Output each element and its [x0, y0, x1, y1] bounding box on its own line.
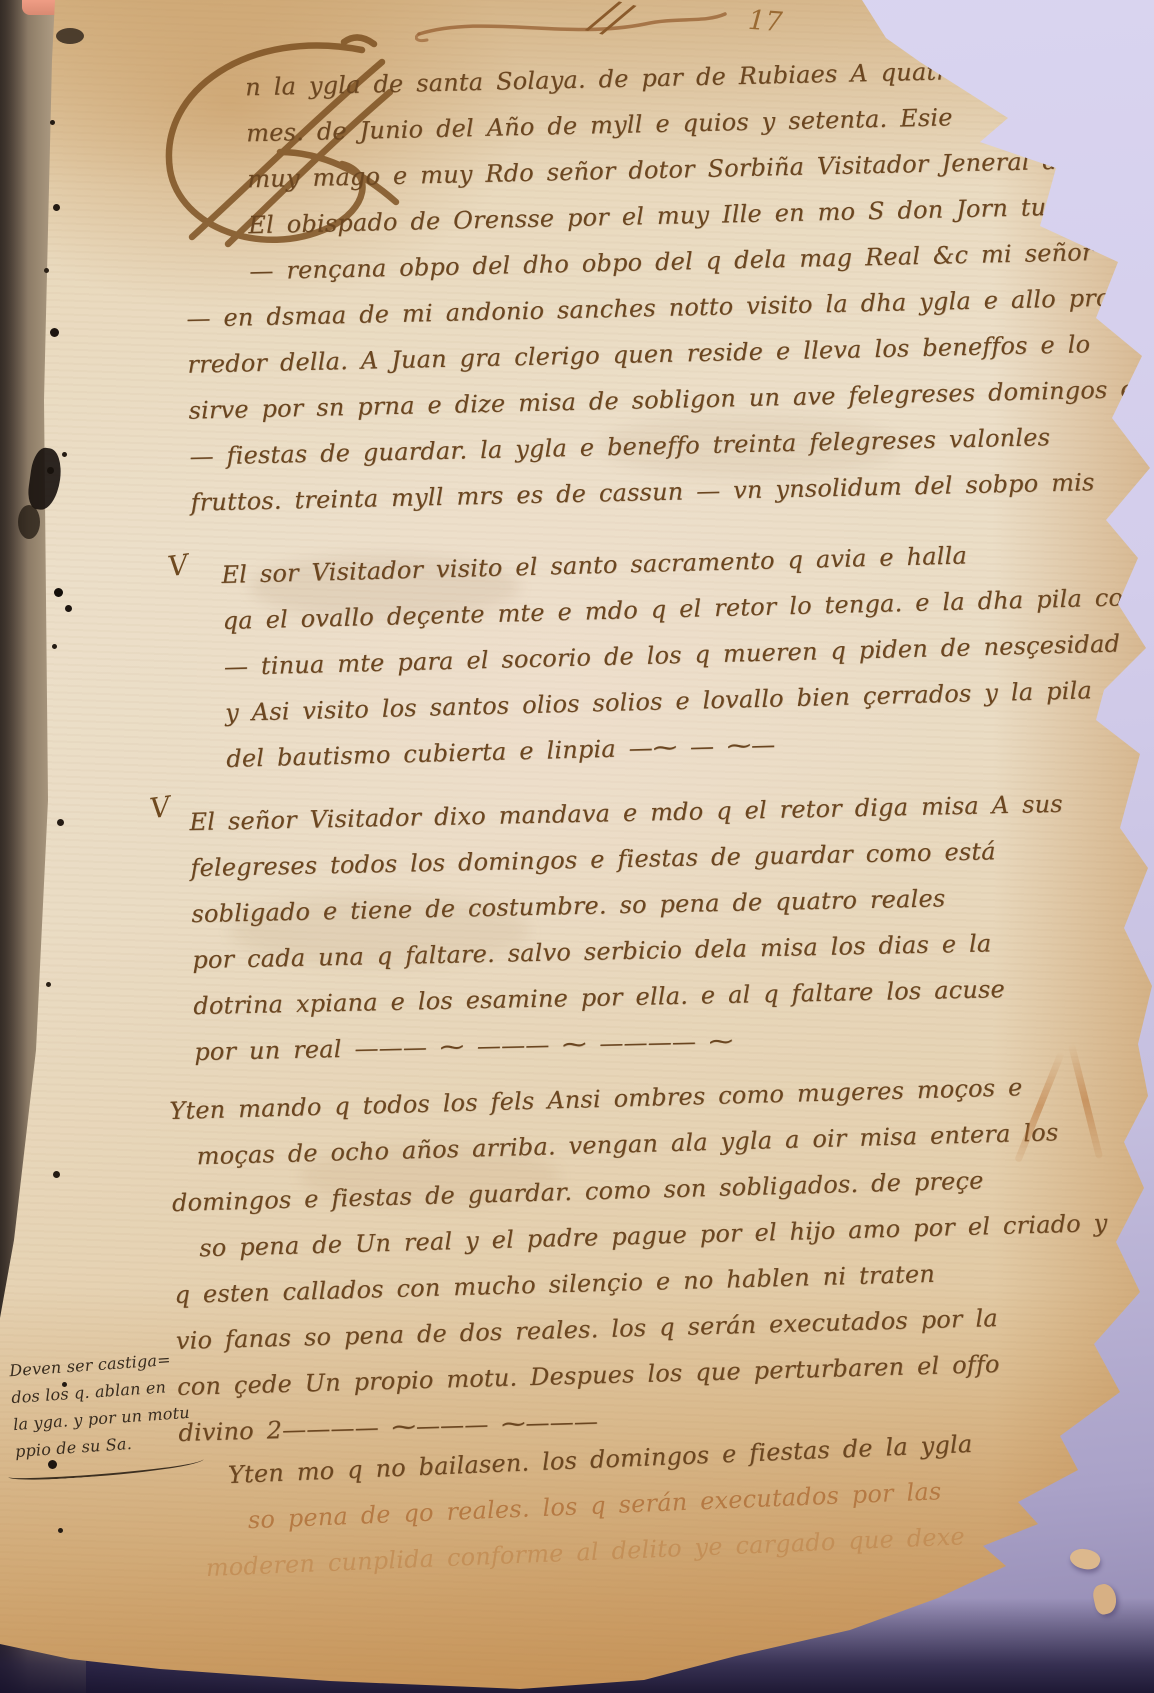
manuscript-paragraph: El sor Visitador visito el santo sacrame…	[221, 537, 1143, 791]
paper-crumb	[1068, 1545, 1103, 1573]
folio-number: 17	[747, 5, 783, 38]
ink-speck-strip	[50, 120, 55, 125]
manuscript-page: // 17 V V n la ygla de santa Solaya. de …	[0, 0, 1154, 1693]
manuscript-paragraph: Yten mando q todos los fels Ansi ombres …	[169, 1071, 1113, 1465]
manuscript-paragraph: El señor Visitador dixo mandava e mdo q …	[189, 790, 1068, 1084]
char-blotch	[18, 505, 40, 539]
char-blotch	[56, 28, 84, 44]
photo-background: // 17 V V n la ygla de santa Solaya. de …	[0, 0, 1154, 1693]
manuscript-paragraph: n la ygla de santa Solaya. de par de Rub…	[181, 53, 1138, 534]
paragraph-mark: V	[148, 790, 173, 825]
paragraph-mark: V	[166, 548, 191, 583]
margin-note: Deven ser castiga= dos los q. ablan en l…	[8, 1343, 220, 1465]
top-swash-flourish	[415, 6, 735, 50]
